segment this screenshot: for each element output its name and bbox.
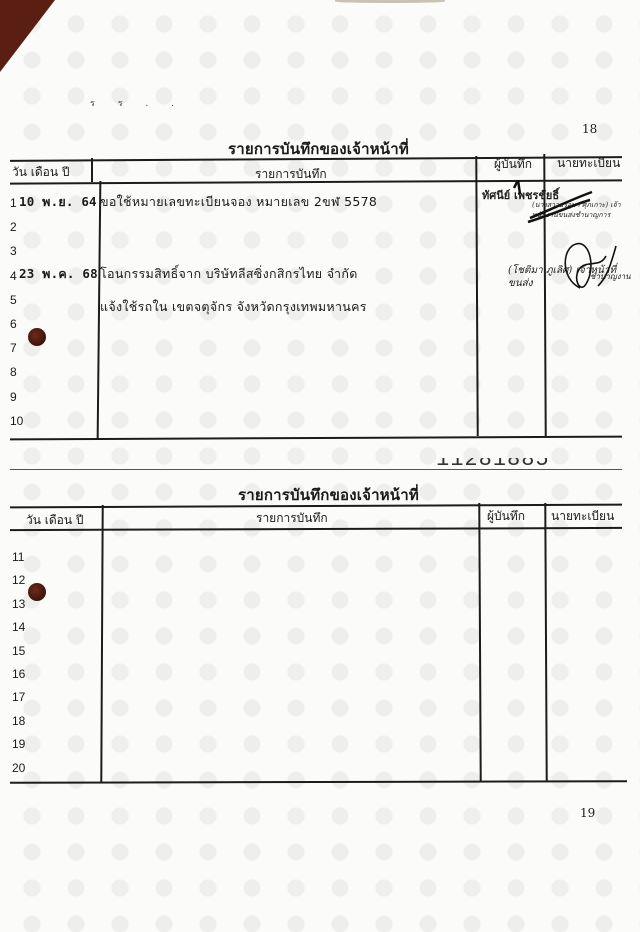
table-bottom-border-bottom	[10, 780, 627, 784]
header-entry: รายการบันทึก	[255, 165, 327, 184]
row-number: 10	[10, 414, 23, 428]
signature-scribble-icon	[550, 238, 620, 298]
row-number: 18	[12, 714, 25, 728]
header-date: วัน เดือน ปี	[12, 163, 70, 182]
punch-hole	[28, 328, 46, 346]
page-number-bottom: 19	[580, 806, 595, 820]
entry-text: โอนกรรมสิทธิ์จาก บริษัทลีสซิ่งกสิกรไทย จ…	[100, 264, 358, 284]
row-number: 16	[12, 667, 25, 681]
header-entry: รายการบันทึก	[256, 509, 328, 528]
table-bottom-title: รายการบันทึกของเจ้าหน้าที่	[238, 483, 419, 507]
table-top-col-divider	[475, 156, 478, 436]
entry-text: ขอใช้หมายเลขทะเบียนจอง หมายเลข 2ขฬ 5578	[100, 192, 377, 212]
row-number: 11	[12, 550, 24, 564]
row-number: 4	[10, 269, 17, 283]
entry-date: 10 พ.ย. 64	[19, 192, 97, 212]
table-top-border-bottom	[10, 436, 622, 441]
row-number: 12	[12, 573, 25, 587]
entry-date: 23 พ.ค. 68	[19, 264, 98, 284]
row-number: 14	[12, 620, 25, 634]
table-bottom-col-divider	[100, 505, 103, 783]
row-number: 17	[12, 690, 25, 704]
row-number: 8	[10, 365, 17, 379]
row-number: 20	[12, 761, 25, 775]
row-number: 15	[12, 644, 25, 658]
page-edge-shadow	[335, 0, 445, 3]
serial-number: 11281885	[436, 458, 550, 472]
page-number-top: 18	[582, 122, 597, 136]
row-number: 1	[10, 196, 17, 210]
faint-marks: ร ร . .	[90, 96, 184, 110]
row-number: 13	[12, 597, 25, 611]
row-number: 6	[10, 317, 17, 331]
signature-scribble-icon	[500, 180, 600, 230]
header-registrar: นายทะเบียน	[557, 154, 620, 173]
row-number: 5	[10, 293, 17, 307]
punch-hole	[28, 583, 46, 601]
row-number: 7	[10, 341, 17, 355]
table-top-col-divider	[91, 158, 93, 182]
row-number: 2	[10, 220, 17, 234]
row-number: 19	[12, 737, 25, 751]
table-bottom-col-divider	[478, 503, 481, 781]
row-number: 9	[10, 390, 17, 404]
header-registrar: นายทะเบียน	[551, 507, 614, 526]
table-bottom-col-divider	[544, 503, 547, 781]
row-number: 3	[10, 244, 17, 258]
background-corner	[0, 0, 55, 72]
header-date: วัน เดือน ปี	[26, 511, 84, 530]
header-recorder: ผู้บันทึก	[494, 155, 532, 174]
entry-text: แจ้งใช้รถใน เขตจตุจักร จังหวัดกรุงเทพมหา…	[100, 297, 367, 317]
header-recorder: ผู้บันทึก	[487, 507, 525, 526]
